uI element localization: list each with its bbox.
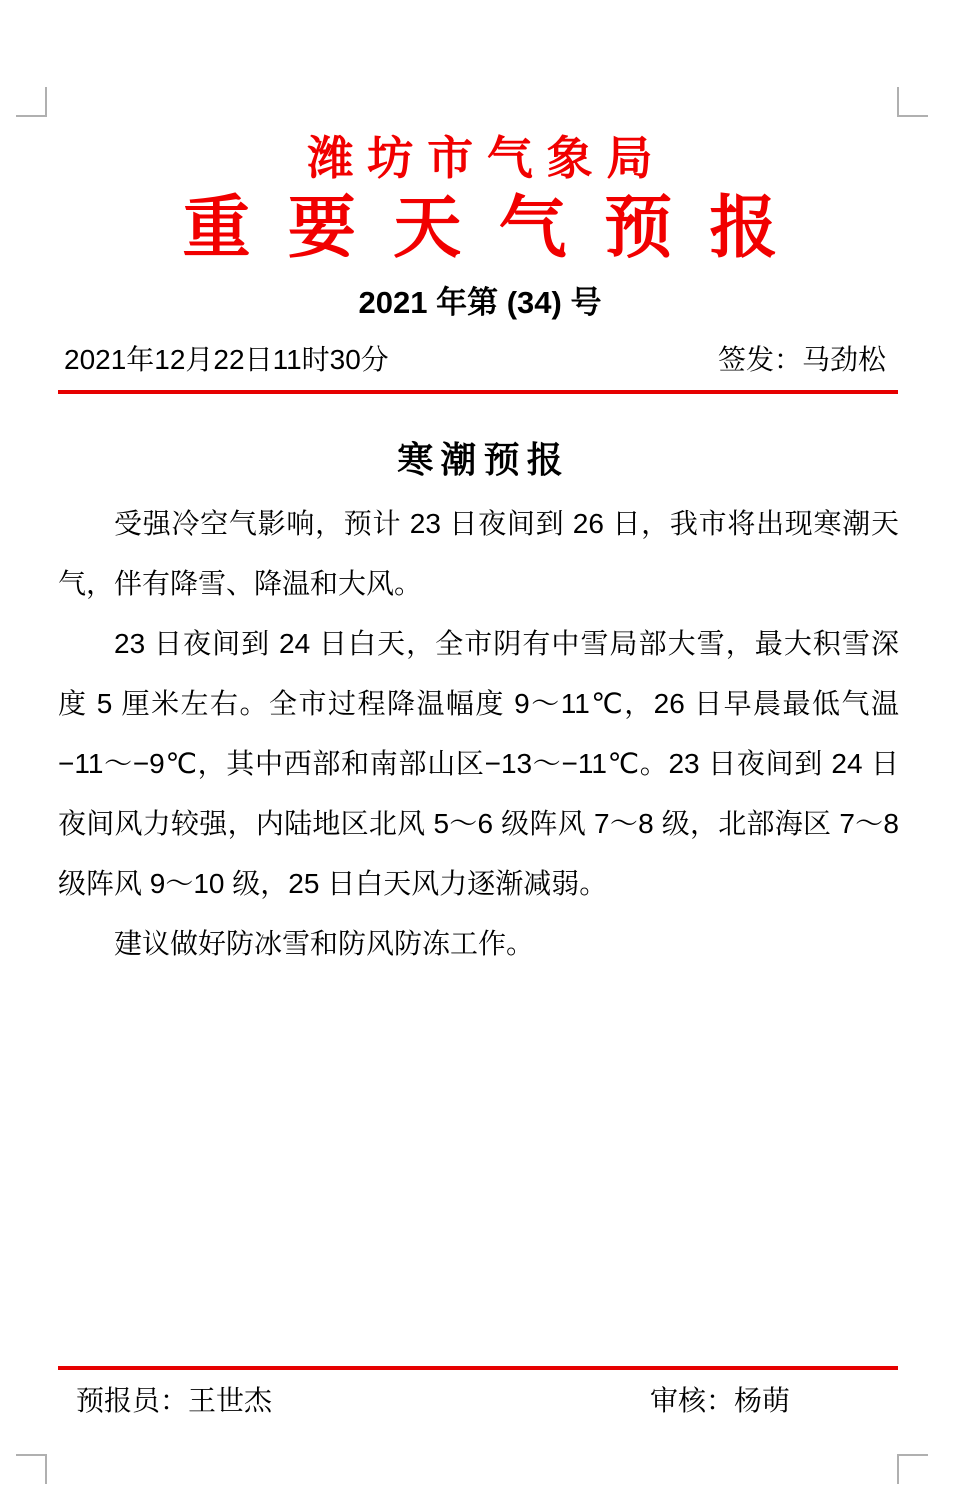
paragraph-advice: 建议做好防冰雪和防风防冻工作。: [58, 914, 899, 974]
document-title: 重要天气预报: [0, 191, 960, 266]
document-page: 潍坊市气象局 重要天气预报 2021 年第 (34) 号 2021年12月22日…: [0, 0, 960, 1501]
crop-mark-top-right: [897, 87, 928, 117]
forecast-body: 受强冷空气影响，预计 23 日夜间到 26 日，我市将出现寒潮天气，伴有降雪、降…: [58, 494, 899, 974]
forecaster-name: 预报员：王世杰: [76, 1384, 272, 1418]
issue-datetime: 2021年12月22日11时30分: [64, 345, 389, 374]
reviewer-name: 审核：杨萌: [650, 1384, 790, 1418]
header-divider-line: [58, 390, 898, 394]
footer-divider-line: [58, 1366, 898, 1370]
paragraph-details: 23 日夜间到 24 日白天，全市阴有中雪局部大雪，最大积雪深度 5 厘米左右。…: [58, 614, 899, 914]
crop-mark-top-left: [16, 87, 47, 117]
meta-row: 2021年12月22日11时30分 签发：马劲松: [58, 345, 898, 374]
agency-name: 潍坊市气象局: [0, 133, 960, 184]
signed-by: 签发：马劲松: [718, 345, 886, 374]
paragraph-overview: 受强冷空气影响，预计 23 日夜间到 26 日，我市将出现寒潮天气，伴有降雪、降…: [58, 494, 899, 614]
forecast-heading: 寒潮预报: [0, 440, 960, 480]
crop-mark-bottom-right: [897, 1454, 928, 1484]
footer-row: 预报员：王世杰 审核：杨萌: [58, 1384, 898, 1418]
crop-mark-bottom-left: [16, 1454, 47, 1484]
issue-number: 2021 年第 (34) 号: [0, 287, 960, 320]
